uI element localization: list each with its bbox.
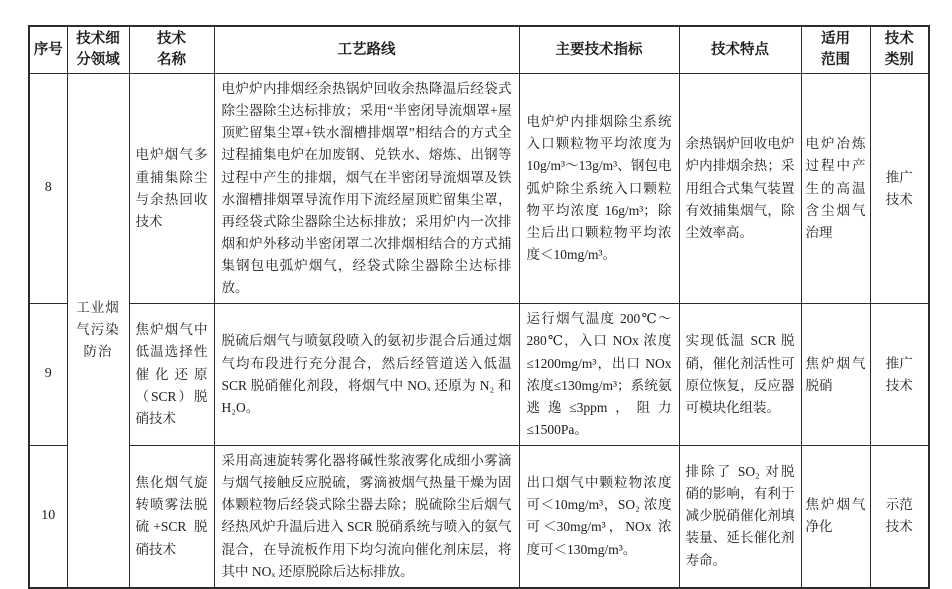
row-10-serial: 10 <box>29 446 67 588</box>
row-10-category: 示范 技术 <box>870 446 929 588</box>
header-tech-subfield: 技术细 分领域 <box>67 26 129 74</box>
header-tech-name: 技术 名称 <box>129 26 214 74</box>
row-8-serial: 8 <box>29 74 67 304</box>
header-scope: 适用 范围 <box>801 26 870 74</box>
table-row-10: 10 焦化烟气旋转喷雾法脱硫+SCR 脱硝技术 采用高速旋转雾化器将碱性浆液雾化… <box>29 446 929 588</box>
tech-subfield-cell: 工业烟气污染防治 <box>67 74 129 588</box>
row-9-category: 推广 技术 <box>870 304 929 446</box>
row-8-features: 余热锅炉回收电炉炉内排烟余热；采用组合式集气装置有效捕集烟气，除尘效率高。 <box>679 74 801 304</box>
header-tech-category: 技术 类别 <box>870 26 929 74</box>
table-row-8: 8 工业烟气污染防治 电炉烟气多重捕集除尘与余热回收技术 电炉炉内排烟经余热锅炉… <box>29 74 929 304</box>
table-row-9: 9 焦炉烟气中低温选择性催化还原（SCR）脱硝技术 脱硫后烟气与喷氨段喷入的氨初… <box>29 304 929 446</box>
header-row: 序号 技术细 分领域 技术 名称 工艺路线 主要技术指标 技术特点 适用 范围 … <box>29 26 929 74</box>
row-9-process-route: 脱硫后烟气与喷氨段喷入的氨初步混合后通过烟气均布段进行充分混合，然后经管道送入低… <box>214 304 519 446</box>
row-10-tech-name: 焦化烟气旋转喷雾法脱硫+SCR 脱硝技术 <box>129 446 214 588</box>
row-10-scope: 焦炉烟气净化 <box>801 446 870 588</box>
row-8-process-route: 电炉炉内排烟经余热锅炉回收余热降温后经袋式除尘器除尘达标排放；采用“半密闭导流烟… <box>214 74 519 304</box>
row-9-indicators: 运行烟气温度 200℃～280℃，入口 NOx 浓度≤1200mg/m³，出口 … <box>519 304 679 446</box>
row-8-category: 推广 技术 <box>870 74 929 304</box>
row-10-indicators: 出口烟气中颗粒物浓度可＜10mg/m³，SO₂ 浓度可＜30mg/m³，NOx … <box>519 446 679 588</box>
row-9-scope: 焦炉烟气脱硝 <box>801 304 870 446</box>
row-8-tech-name: 电炉烟气多重捕集除尘与余热回收技术 <box>129 74 214 304</box>
header-process-route: 工艺路线 <box>214 26 519 74</box>
row-9-serial: 9 <box>29 304 67 446</box>
row-9-tech-name: 焦炉烟气中低温选择性催化还原（SCR）脱硝技术 <box>129 304 214 446</box>
technology-table: 序号 技术细 分领域 技术 名称 工艺路线 主要技术指标 技术特点 适用 范围 … <box>28 25 930 589</box>
row-8-indicators: 电炉炉内排烟除尘系统入口颗粒物平均浓度为10g/m³～13g/m³、钢包电弧炉除… <box>519 74 679 304</box>
row-8-scope: 电炉冶炼过程中产生的高温含尘烟气治理 <box>801 74 870 304</box>
row-10-process-route: 采用高速旋转雾化器将碱性浆液雾化成细小雾滴与烟气接触反应脱硫，雾滴被烟气热量干燥… <box>214 446 519 588</box>
header-main-indicators: 主要技术指标 <box>519 26 679 74</box>
header-tech-features: 技术特点 <box>679 26 801 74</box>
header-serial-number: 序号 <box>29 26 67 74</box>
row-9-features: 实现低温 SCR 脱硝，催化剂活性可原位恢复，反应器可模块化组装。 <box>679 304 801 446</box>
row-10-features: 排除了 SO₂ 对脱硝的影响，有利于减少脱硝催化剂填装量、延长催化剂寿命。 <box>679 446 801 588</box>
